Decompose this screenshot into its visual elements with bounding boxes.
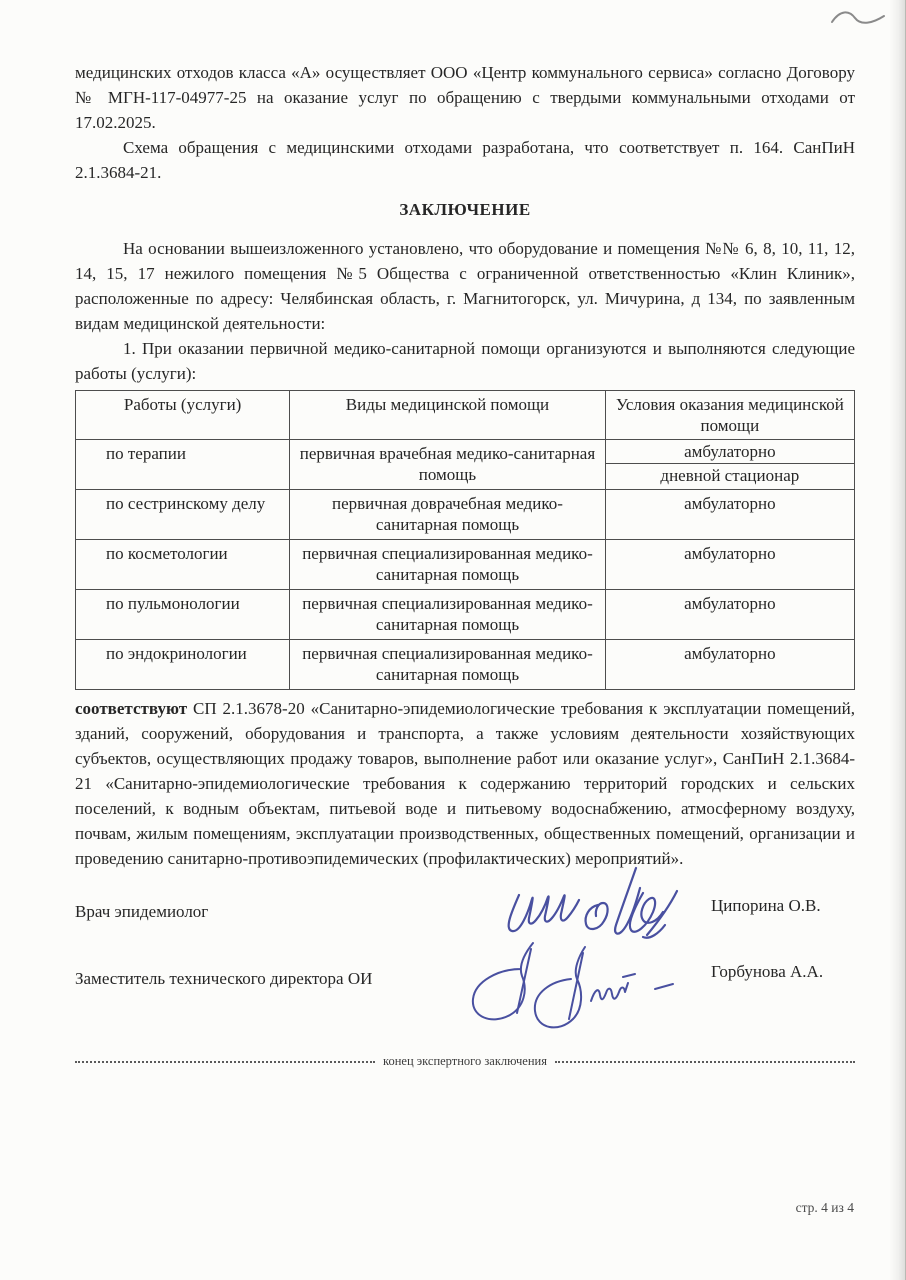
signature-ink-gorbunova <box>457 939 689 1057</box>
compliance-regulations: СП 2.1.3678-20 «Санитарно-эпидемиологиче… <box>75 699 855 868</box>
cell-care-type: первичная специализированная медико-сани… <box>290 590 605 640</box>
signature-role-epidemiologist: Врач эпидемиолог <box>75 899 208 924</box>
signature-name-ciporina: Ципорина О.В. <box>711 893 821 918</box>
signature-block: Врач эпидемиолог Ципорина О.В. Заместите… <box>75 871 855 1111</box>
paragraph-compliance: соответствуют СП 2.1.3678-20 «Санитарно-… <box>75 696 855 871</box>
signature-name-gorbunova: Горбунова А.А. <box>711 959 823 984</box>
cell-care-type: первичная врачебная медико-санитарная по… <box>290 440 605 490</box>
cell-condition: амбулаторно <box>605 590 854 640</box>
compliance-verb: соответствуют <box>75 699 187 718</box>
table-row: по терапии первичная врачебная медико-са… <box>76 440 855 490</box>
pen-mark-squiggle <box>828 6 890 32</box>
header-care-types: Виды медицинской помощи <box>290 391 605 440</box>
separator-dashes-right <box>555 1061 855 1063</box>
condition-day-hospital: дневной стационар <box>606 464 854 487</box>
paragraph-services-intro: 1. При оказании первичной медико-санитар… <box>75 336 855 386</box>
condition-ambulatory: амбулаторно <box>606 440 854 464</box>
table-row: по косметологии первичная специализирова… <box>76 540 855 590</box>
scan-edge-shadow <box>889 0 906 1280</box>
cell-condition: амбулаторно <box>605 490 854 540</box>
cell-care-type: первичная специализированная медико-сани… <box>290 540 605 590</box>
cell-work: по пульмонологии <box>76 590 290 640</box>
cell-condition: амбулаторно <box>605 540 854 590</box>
paragraph-waste-scheme: Схема обращения с медицинскими отходами … <box>75 135 855 185</box>
scanned-document-page: медицинских отходов класса «А» осуществл… <box>0 0 906 1280</box>
medical-services-table: Работы (услуги) Виды медицинской помощи … <box>75 390 855 690</box>
header-works: Работы (услуги) <box>76 391 290 440</box>
cell-care-type: первичная доврачебная медико-санитарная … <box>290 490 605 540</box>
table-row: по пульмонологии первичная специализиров… <box>76 590 855 640</box>
paragraph-conclusion-basis: На основании вышеизложенного установлено… <box>75 236 855 336</box>
table-header-row: Работы (услуги) Виды медицинской помощи … <box>76 391 855 440</box>
cell-work: по сестринскому делу <box>76 490 290 540</box>
cell-work: по косметологии <box>76 540 290 590</box>
page-number: стр. 4 из 4 <box>796 1200 854 1216</box>
header-care-conditions: Условия оказания медицинской помощи <box>605 391 854 440</box>
section-heading-conclusion: ЗАКЛЮЧЕНИЕ <box>75 197 855 222</box>
table-row: по эндокринологии первичная специализиро… <box>76 640 855 690</box>
signature-role-deputy-director: Заместитель технического директора ОИ <box>75 966 372 991</box>
cell-condition: амбулаторно <box>605 640 854 690</box>
paragraph-waste-contract: медицинских отходов класса «А» осуществл… <box>75 60 855 135</box>
cell-work: по эндокринологии <box>76 640 290 690</box>
document-body: медицинских отходов класса «А» осуществл… <box>75 60 855 1111</box>
cell-work: по терапии <box>76 440 290 490</box>
cell-conditions-split: амбулаторно дневной стационар <box>605 440 854 490</box>
cell-care-type: первичная специализированная медико-сани… <box>290 640 605 690</box>
table-row: по сестринскому делу первичная доврачебн… <box>76 490 855 540</box>
separator-dashes-left <box>75 1061 375 1063</box>
end-of-report-separator: конец экспертного заключения <box>75 1049 855 1074</box>
end-of-report-label: конец экспертного заключения <box>375 1049 555 1074</box>
